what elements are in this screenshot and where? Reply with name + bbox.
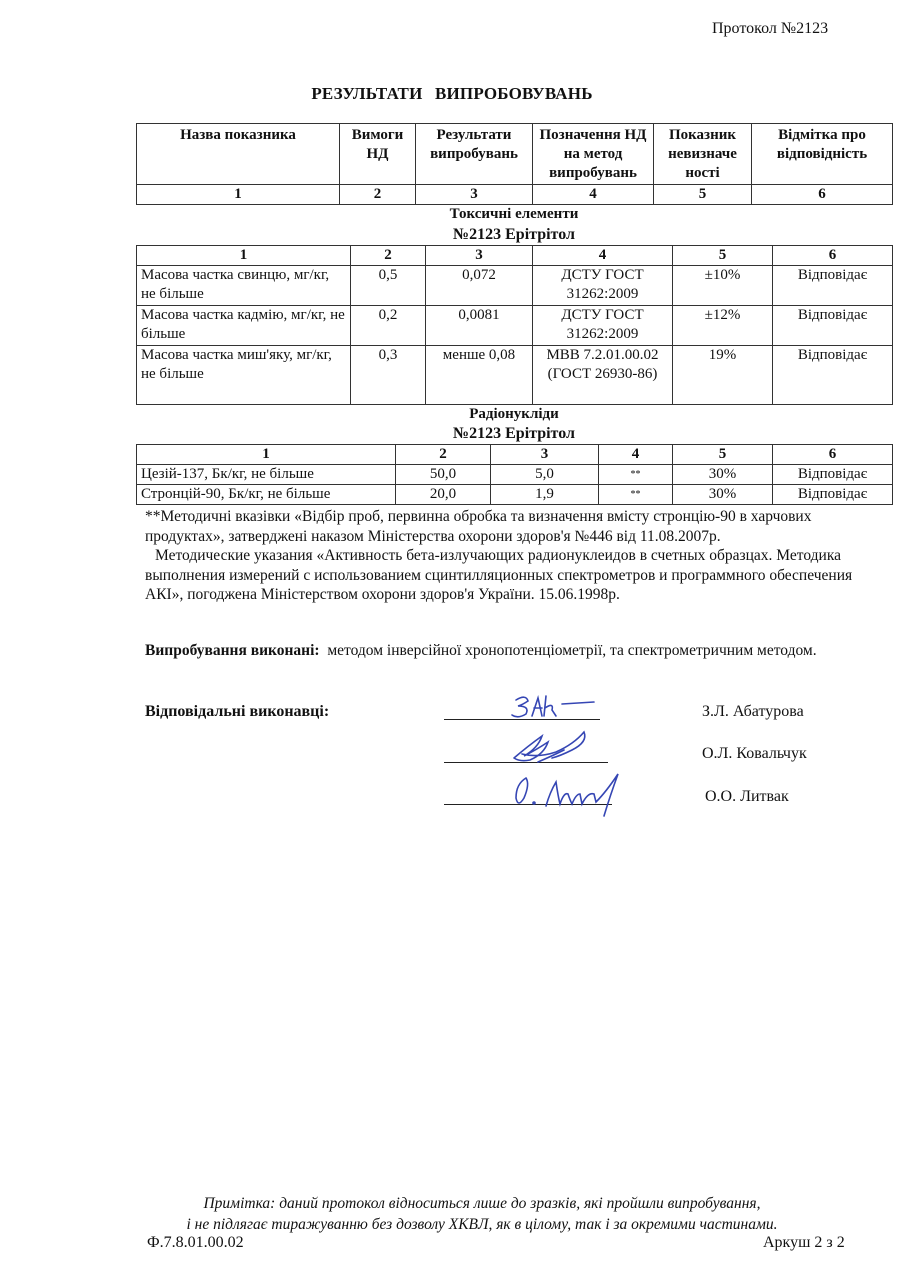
- column-number: 2: [396, 445, 491, 465]
- requirement-value: 0,2: [351, 306, 426, 346]
- indicator-name: Масова частка кадмію, мг/кг, не більше: [137, 306, 351, 346]
- header-indicator-name: Назва показника: [137, 124, 340, 185]
- conformity-value: Відповідає: [773, 266, 893, 306]
- column-number: 1: [137, 185, 340, 205]
- result-value: 0,072: [426, 266, 533, 306]
- column-number: 1: [137, 445, 396, 465]
- indicator-name: Цезій-137, Бк/кг, не більше: [137, 465, 396, 485]
- test-method-text: методом інверсійної хронопотенціометрії,…: [327, 642, 816, 659]
- signature-kovalchuk: [508, 728, 598, 768]
- column-number: 4: [533, 185, 654, 205]
- indicator-name: Масова частка свинцю, мг/кг, не більше: [137, 266, 351, 306]
- column-number: 5: [654, 185, 752, 205]
- method-value: ДСТУ ГОСТ 31262:2009: [533, 306, 673, 346]
- signature-abaturova: [508, 692, 598, 724]
- requirement-value: 0,3: [351, 346, 426, 405]
- conformity-value: Відповідає: [773, 485, 893, 505]
- toxic-section-title: Токсичні елементи: [136, 204, 892, 224]
- table-row: Масова частка свинцю, мг/кг, не більше 0…: [137, 266, 893, 306]
- column-number: 6: [773, 246, 893, 266]
- method-value: **: [599, 465, 673, 485]
- column-number: 6: [773, 445, 893, 465]
- protocol-number: Протокол №2123: [712, 20, 828, 38]
- column-number: 4: [533, 246, 673, 266]
- result-value: 1,9: [491, 485, 599, 505]
- radionuclides-table: 1 2 3 4 5 6 Цезій-137, Бк/кг, не більше …: [136, 444, 893, 505]
- methodology-notes: **Методичні вказівки «Відбір проб, перви…: [145, 507, 885, 605]
- sheet-number: Аркуш 2 з 2: [763, 1234, 845, 1252]
- note-paragraph: **Методичні вказівки «Відбір проб, перви…: [145, 507, 885, 546]
- note-paragraph: Методические указания «Активность бета-и…: [145, 546, 885, 605]
- requirement-value: 50,0: [396, 465, 491, 485]
- uncertainty-value: 19%: [673, 346, 773, 405]
- column-number: 4: [599, 445, 673, 465]
- column-number: 3: [416, 185, 533, 205]
- page-title: РЕЗУЛЬТАТИ ВИПРОБОВУВАНЬ: [0, 84, 904, 104]
- radio-sample-title: №2123 Ерітрітол: [136, 424, 892, 444]
- indicator-name: Масова частка миш'яку, мг/кг, не більше: [137, 346, 351, 405]
- result-value: 0,0081: [426, 306, 533, 346]
- toxic-sample-title: №2123 Ерітрітол: [136, 225, 892, 245]
- uncertainty-value: 30%: [673, 465, 773, 485]
- indicator-name: Стронцій-90, Бк/кг, не більше: [137, 485, 396, 505]
- radio-section-title: Радіонукліди: [136, 404, 892, 424]
- test-method: Випробування виконані: методом інверсійн…: [145, 641, 885, 661]
- result-value: менше 0,08: [426, 346, 533, 405]
- executor-name: З.Л. Абатурова: [702, 703, 804, 721]
- executor-name: О.О. Литвак: [705, 788, 789, 806]
- footer-note: Примітка: даний протокол відноситься лиш…: [0, 1193, 904, 1235]
- header-method: Позначення НД на метод випробувань: [533, 124, 654, 185]
- column-number: 2: [351, 246, 426, 266]
- column-number: 3: [491, 445, 599, 465]
- table-row: Стронцій-90, Бк/кг, не більше 20,0 1,9 *…: [137, 485, 893, 505]
- test-method-label: Випробування виконані:: [145, 642, 320, 659]
- signature-lytvak: [510, 770, 635, 820]
- column-number: 2: [340, 185, 416, 205]
- form-code: Ф.7.8.01.00.02: [147, 1234, 244, 1252]
- footer-note-line: і не підлягає тиражуванню без дозволу ХК…: [60, 1214, 904, 1235]
- column-number: 6: [752, 185, 893, 205]
- uncertainty-value: 30%: [673, 485, 773, 505]
- header-results: Результати випробувань: [416, 124, 533, 185]
- column-number: 1: [137, 246, 351, 266]
- table-row: Цезій-137, Бк/кг, не більше 50,0 5,0 ** …: [137, 465, 893, 485]
- requirement-value: 20,0: [396, 485, 491, 505]
- column-number: 5: [673, 246, 773, 266]
- header-requirements: Вимоги НД: [340, 124, 416, 185]
- method-value: ДСТУ ГОСТ 31262:2009: [533, 266, 673, 306]
- header-conformity: Відмітка про відповідність: [752, 124, 893, 185]
- conformity-value: Відповідає: [773, 306, 893, 346]
- requirement-value: 0,5: [351, 266, 426, 306]
- responsible-label: Відповідальні виконавці:: [145, 703, 329, 721]
- method-value: МВВ 7.2.01.00.02 (ГОСТ 26930-86): [533, 346, 673, 405]
- table-row: Масова частка миш'яку, мг/кг, не більше …: [137, 346, 893, 405]
- uncertainty-value: ±12%: [673, 306, 773, 346]
- table-row: Масова частка кадмію, мг/кг, не більше 0…: [137, 306, 893, 346]
- conformity-value: Відповідає: [773, 465, 893, 485]
- result-value: 5,0: [491, 465, 599, 485]
- footer-note-line: Примітка: даний протокол відноситься лиш…: [60, 1193, 904, 1214]
- method-value: **: [599, 485, 673, 505]
- uncertainty-value: ±10%: [673, 266, 773, 306]
- conformity-value: Відповідає: [773, 346, 893, 405]
- executor-name: О.Л. Ковальчук: [702, 745, 807, 763]
- column-number: 5: [673, 445, 773, 465]
- column-number: 3: [426, 246, 533, 266]
- column-header-table: Назва показника Вимоги НД Результати вип…: [136, 123, 893, 205]
- header-uncertainty: Показник невизначе ності: [654, 124, 752, 185]
- toxic-elements-table: 1 2 3 4 5 6 Масова частка свинцю, мг/кг,…: [136, 245, 893, 405]
